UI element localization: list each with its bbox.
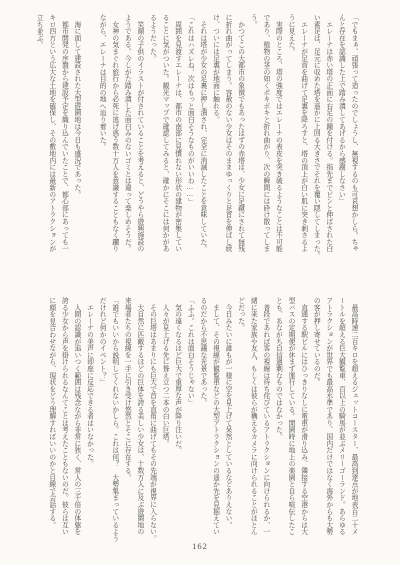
text-column: その巨塔はあまりにも巨大で首を直角に曲げてもその先端が視界に入らない。 [145,297,158,547]
text-column: ようである。今しがた踏み潰した面白みのないゴミとは違って楽しめそうだ。 [120,14,133,264]
text-column: 気の遠くなるほど巨大で重厚な声が降り注いだ。 [170,297,183,547]
book-page: 「でもまぁ、頑張って造ったのでしょうし、無視するのも可哀想かしら。ちゃんと存在を… [0,0,400,565]
text-column: ながら、エレーナは目的の地へ辿り着いた。 [95,14,108,264]
text-column: まして、その視線が観覧車などの大型アトラクションの遥か先を見据えてい [208,297,221,547]
text-column: どだった。 [233,297,246,547]
text-column: だけれど何かのイベント？」 [95,297,108,547]
text-column: 普段であれば客の視線は待ち侘びているアトラクションに向けられるか、一 [258,297,271,547]
text-column: かつてこの大都市の象徴でもあったはずの赤塔は、少女に足蹴にされて無残 [233,14,246,264]
text-column [82,14,95,264]
text-column: 大自然に匹敵するほどの巨体を誇る美しい少女は、十数万人に及ぶ遊園地の [132,297,145,547]
text-column: であり、植物の茎の如くポキポキと折れ曲がり、次の瞬間には砕け散ってしま [258,14,271,264]
text-column: 今日みたいに誰もが一様に空を見上げて呆然としているなどありえない。 [220,297,233,547]
text-column: 立ち並ぶ。 [32,14,45,264]
text-column: 人間の認識が追いつく範囲は残念ながら非常に狭く、常人の三千倍の体躯を [69,297,82,547]
text-column: け、ついには足裏が地面に触れる。 [208,14,221,264]
text-column: 都市開発の序盤から建設予定を織り込んでいたことで、都心部にあっても一 [57,14,70,264]
text-column: に折れ曲がってしまう。容赦のない少女はそのままゆっくりと足首を伸ばし続 [220,14,233,264]
text-column: 緒に来た家族や友人、もしくは彼らが構えるカメラに向けられることがほとん [246,297,259,547]
text-column: 型バスの定期便が休まず運行している。開園時に地上の楽園と自ら喧伝したこ [283,297,296,547]
text-column: 最高時速二百キロを超えるジェットコースター、最高到達点が地表百二十メ [346,297,359,547]
text-column: 人々が見上げる先に聳え立つ二本の白い巨塔。 [158,297,171,547]
text-column: キロ四方という広大な土地を確保し、その敷地内には最新のアトラクションが [44,14,57,264]
text-column: うに見えた。 [283,14,296,264]
text-column: い素足は、足元に収めた塔を遥かに上回る大きさでそれを覆い隠してしまった。 [309,14,322,264]
text-column: とも、あながち自信過剰なものではなかった。 [271,297,284,547]
text-column: んと存在を認識した上で踏み潰してあげるから感謝しなさい」 [334,14,347,264]
text-column: 笑顔の子供のイラストが付されていることを考えると、どうやら遊興施設の [132,14,145,264]
text-column: 誇る少女から声を掛けられるなんてことは考えたこともないのだ。彼らは互い [57,297,70,547]
text-column: に顔を見合わせながら、現状をどう理解すればいいのかと目線で会話する。 [44,297,57,547]
text-column: 周囲を見渡すエレーナは、都市の南部に見慣れない形状の建物が密集してい [170,14,183,264]
text-column: の客が押し寄せているのだ。 [309,297,322,547]
text-column: エレーナの美声に即座に反応できる者はいなかった。 [82,297,95,547]
page-number: 162 [0,541,400,551]
text-column: それは塔が少女の足裏に押し潰され、完全に消滅したことを意味していた。 [195,14,208,264]
text-column: 直通する駅ビルにはひっきりなしに電車が滑り込み、隣接する空港からは大 [296,297,309,547]
text-column: ートルを超える巨大観覧車、百以上の騎馬が並ぶメリーゴーランド。あらゆる [334,297,347,547]
text-column: 来場者たちの視線を一手に引き受け悠然とそこに存在する。 [120,297,133,547]
text-column: 実際のところ、塔の強度ではエレーナの表皮を突き破るようなことは不可能 [271,14,284,264]
text-column: 「誰でもいいから説明してくれないかしら。これは何？ 大勢集まっているよう [107,297,120,547]
text-column: 「ふふ。これは面白そうじゃない」 [183,297,196,547]
text-column: う。 [246,14,259,264]
text-column: 海に面して建設された大型遊園地は今日も盛況であった。 [69,14,82,264]
text-column: 女神の気まぐれ旅行から必死に逃げ惑う数十万人を意識することもなく躙り [107,14,120,264]
text-block-top: 「でもまぁ、頑張って造ったのでしょうし、無視するのも可哀想かしら。ちゃんと存在を… [32,14,359,264]
text-column: るのだから不思議な光景であった。 [195,297,208,547]
text-column: 「これはハズレね、次はもっと面白そうなものがいいわ……」 [183,14,196,264]
text-column: エレーナが足首を曲げて足裏を降ろすと、塔の頂上が白い肌に突き刺さるよ [296,14,309,264]
text-column: るようだった。 [145,14,158,264]
text-column: エレーナは赤い塔の正面に右足の踵を付ける。指先までピンと伸ばされた白 [321,14,334,264]
text-block-bottom: 最高時速二百キロを超えるジェットコースター、最高到達点が地表百二十メートルを超え… [44,297,359,547]
text-column: 「でもまぁ、頑張って造ったのでしょうし、無視するのも可哀想かしら。ちゃ [346,14,359,264]
text-column: ることに気がついた。観光マップで確認してみると、確かにそこには何かがあ [158,14,171,264]
text-column: アトラクションが世界でも最高水準であり、国内だけではなく海外からも大勢 [321,297,334,547]
